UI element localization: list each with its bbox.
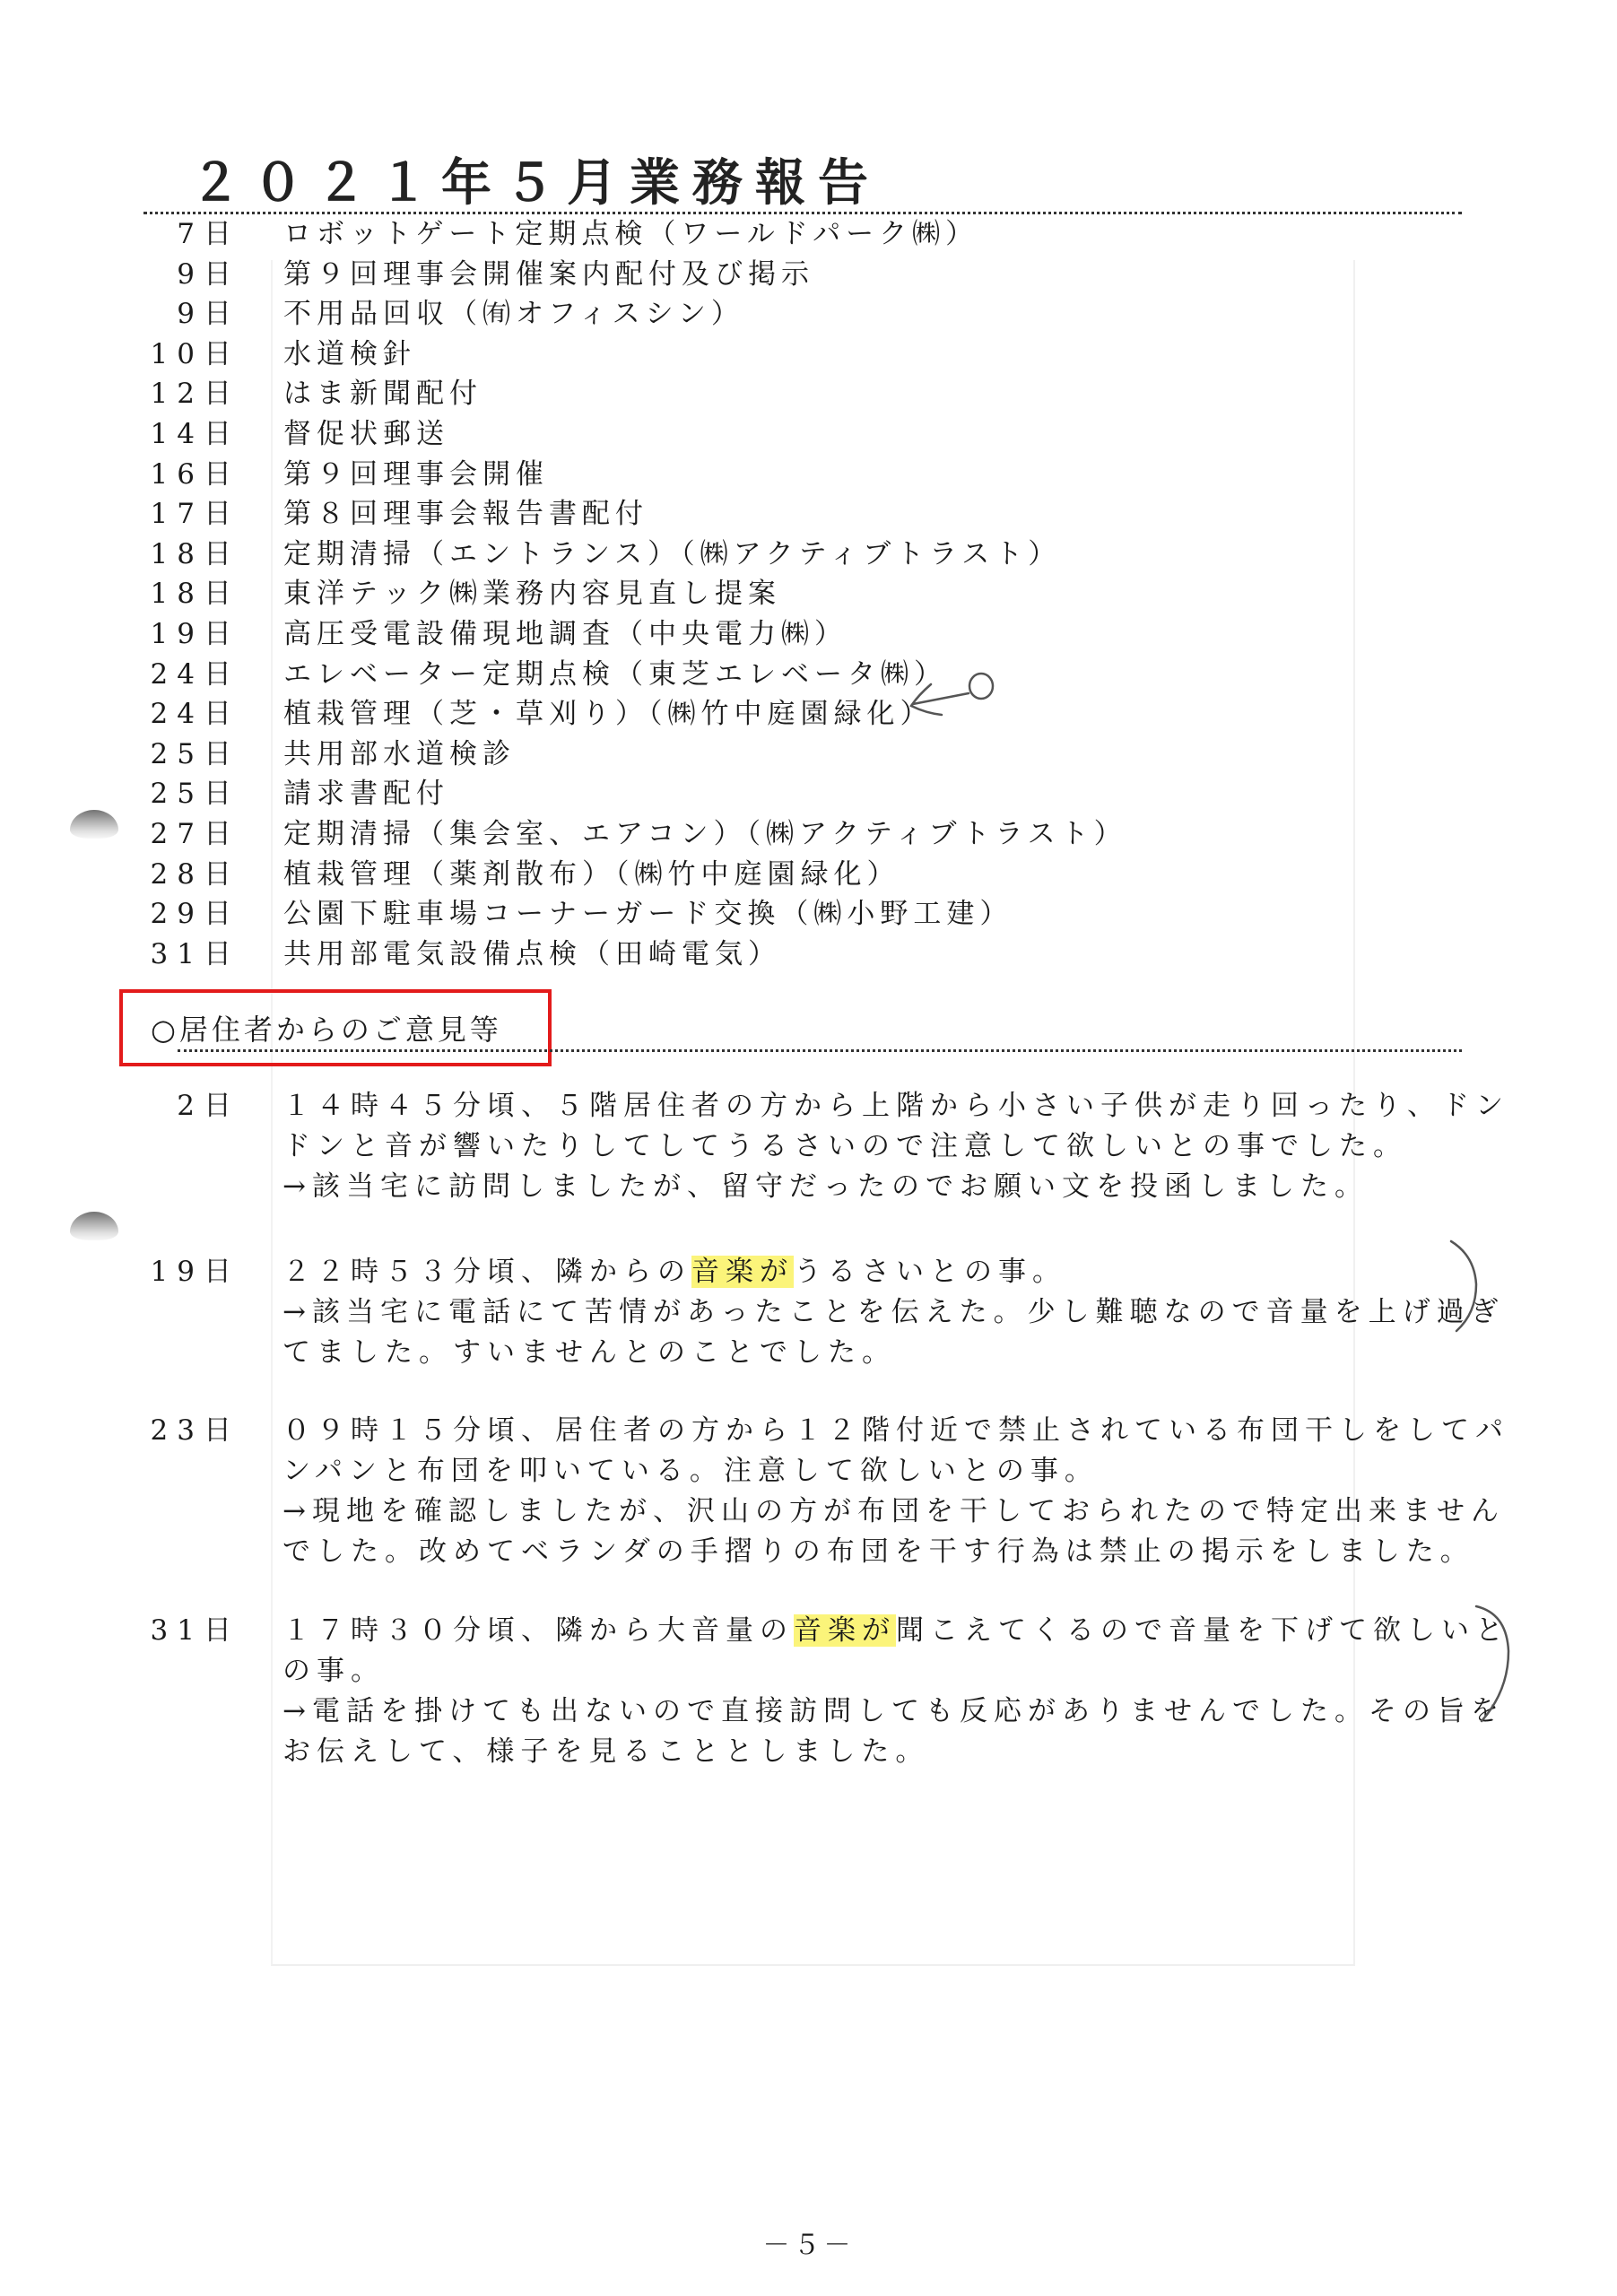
opinion-date: 19日 — [0, 1254, 240, 1290]
schedule-desc: 東洋テック㈱業務内容見直し提案 — [283, 576, 781, 612]
schedule-date: 25日 — [0, 776, 240, 812]
schedule-desc: 定期清掃（集会室、エアコン）（㈱アクティブトラスト） — [283, 816, 1127, 852]
opinion-date: 23日 — [0, 1413, 240, 1448]
opinion-line: →電話を掛けても出ないので直接訪問しても反応がありませんでした。その旨を — [283, 1693, 1505, 1729]
page-title: ２０２１年５月業務報告 — [190, 154, 881, 212]
schedule-date: 29日 — [0, 896, 240, 932]
opinion-line: てました。すいませんとのことでした。 — [283, 1335, 896, 1370]
schedule-desc: 水道検針 — [283, 336, 416, 372]
schedule-date: 31日 — [0, 936, 240, 972]
opinion-text: ２２時５３分頃、隣からの — [283, 1256, 691, 1288]
handwritten-bracket-icon — [1471, 1601, 1525, 1726]
opinion-line: の事。 — [283, 1653, 385, 1689]
schedule-desc: 第９回理事会開催案内配付及び掲示 — [283, 257, 814, 292]
schedule-desc: エレベーター定期点検（東芝エレベータ㈱） — [283, 657, 947, 692]
schedule-date: 25日 — [0, 736, 240, 772]
schedule-desc: 請求書配付 — [283, 776, 449, 812]
schedule-date: 14日 — [0, 416, 240, 452]
schedule-date: 10日 — [0, 336, 240, 372]
schedule-date: 18日 — [0, 536, 240, 572]
schedule-date: 9日 — [0, 257, 240, 292]
schedule-desc: 定期清掃（エントランス）（㈱アクティブトラスト） — [283, 536, 1061, 572]
schedule-desc: 植栽管理（薬剤散布）（㈱竹中庭園緑化） — [283, 857, 900, 892]
schedule-desc: 不用品回収（㈲オフィスシン） — [283, 296, 744, 332]
schedule-desc: ロボットゲート定期点検（ワールドパーク㈱） — [283, 216, 978, 252]
schedule-desc: 高圧受電設備現地調査（中央電力㈱） — [283, 616, 848, 652]
highlighted-text: 音楽が — [794, 1614, 896, 1647]
schedule-desc: 第８回理事会報告書配付 — [283, 496, 648, 532]
opinion-line: ０９時１５分頃、居住者の方から１２階付近で禁止されている布団干しをしてパ — [283, 1413, 1509, 1448]
document-page: ２０２１年５月業務報告 7日 ロボットゲート定期点検（ワールドパーク㈱） 9日 … — [0, 0, 1617, 2296]
schedule-desc: 共用部電気設備点検（田崎電気） — [283, 936, 781, 972]
opinion-text: １７時３０分頃、隣から大音量の — [283, 1614, 794, 1647]
opinion-line: ンパンと布団を叩いている。注意して欲しいとの事。 — [283, 1453, 1099, 1489]
schedule-desc: 植栽管理（芝・草刈り）（㈱竹中庭園緑化） — [283, 696, 934, 732]
page-number: －５－ — [0, 2230, 1617, 2262]
title-divider — [143, 212, 1462, 214]
schedule-date: 16日 — [0, 457, 240, 492]
punch-hole-icon — [70, 1212, 118, 1240]
handwritten-arrow-circle-icon — [906, 668, 1004, 731]
schedule-date: 28日 — [0, 857, 240, 892]
schedule-date: 24日 — [0, 657, 240, 692]
schedule-date: 24日 — [0, 696, 240, 732]
schedule-date: 7日 — [0, 216, 240, 252]
schedule-desc: 公園下駐車場コーナーガード交換（㈱小野工建） — [283, 896, 1013, 932]
opinion-line: でした。改めてベランダの手摺りの布団を干す行為は禁止の掲示をしました。 — [283, 1534, 1474, 1570]
opinion-date: 2日 — [0, 1088, 240, 1124]
schedule-date: 9日 — [0, 296, 240, 332]
schedule-date: 18日 — [0, 576, 240, 612]
schedule-date: 27日 — [0, 816, 240, 852]
schedule-desc: 第９回理事会開催 — [283, 457, 549, 492]
opinion-line: →該当宅に訪問しましたが、留守だったのでお願い文を投函しました。 — [283, 1169, 1369, 1205]
opinion-text: うるさいとの事。 — [794, 1256, 1066, 1288]
highlighted-text: 音楽が — [691, 1256, 794, 1288]
schedule-date: 17日 — [0, 496, 240, 532]
schedule-desc: はま新聞配付 — [283, 376, 482, 412]
schedule-date: 19日 — [0, 616, 240, 652]
opinion-line: お伝えして、様子を見ることとしました。 — [283, 1734, 929, 1770]
handwritten-bracket-icon — [1444, 1238, 1498, 1336]
schedule-desc: 督促状郵送 — [283, 416, 449, 452]
opinion-line: ２２時５３分頃、隣からの音楽がうるさいとの事。 — [283, 1254, 1066, 1290]
opinion-line: →該当宅に電話にて苦情があったことを伝えた。少し難聴なので音量を上げ過ぎ — [283, 1294, 1505, 1330]
opinion-line: １７時３０分頃、隣から大音量の音楽が聞こえてくるので音量を下げて欲しいと — [283, 1613, 1509, 1648]
opinion-date: 31日 — [0, 1613, 240, 1648]
schedule-date: 12日 — [0, 376, 240, 412]
schedule-desc: 共用部水道検診 — [283, 736, 516, 772]
opinion-text: 聞こえてくるので音量を下げて欲しいと — [896, 1614, 1509, 1647]
opinion-line: →現地を確認しましたが、沢山の方が布団を干しておられたので特定出来ません — [283, 1493, 1505, 1529]
opinion-line: １４時４５分頃、５階居住者の方から上階から小さい子供が走り回ったり、ドン — [283, 1088, 1509, 1124]
section-divider — [178, 1049, 1462, 1052]
section-heading: ○居住者からのご意見等 — [151, 1012, 502, 1048]
opinion-line: ドンと音が響いたりしてしてうるさいので注意して欲しいとの事でした。 — [283, 1128, 1407, 1164]
